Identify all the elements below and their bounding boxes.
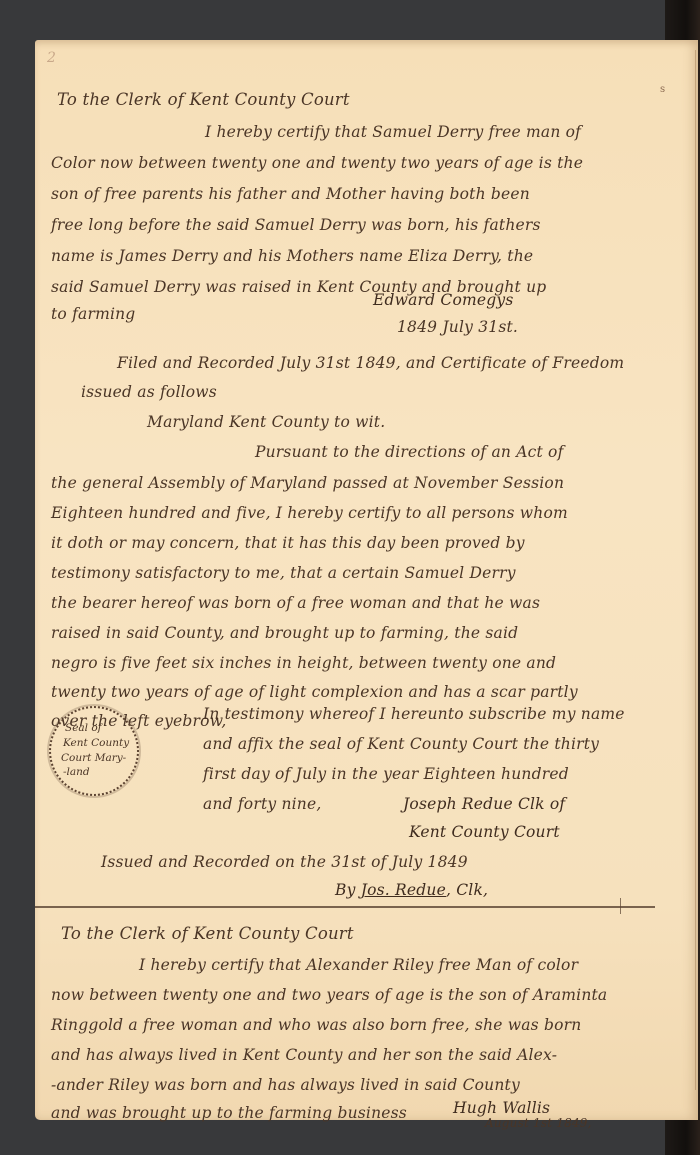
record-2-body-line: and was brought up to the farming busine… <box>51 1103 407 1123</box>
seal-text: -land <box>63 766 90 778</box>
certificate-line: negro is five feet six inches in height,… <box>51 653 556 673</box>
clerk-signature: Joseph Redue Clk of <box>403 794 565 814</box>
divider-tick <box>620 898 621 914</box>
certificate-line: the general Assembly of Maryland passed … <box>51 473 564 493</box>
record-2-date: August 1st 1849, <box>485 1113 592 1133</box>
certificate-line: testimony satisfactory to me, that a cer… <box>51 563 516 583</box>
record-1-date: 1849 July 31st. <box>397 317 518 337</box>
testimony-line: In testimony whereof I hereunto subscrib… <box>203 704 625 724</box>
ledger-page: 2 s To the Clerk of Kent County Court I … <box>35 40 698 1120</box>
record-1-body-line: name is James Derry and his Mothers name… <box>51 246 533 266</box>
filed-note-line: Filed and Recorded July 31st 1849, and C… <box>117 353 624 373</box>
clerk-title: Kent County Court <box>409 822 560 842</box>
testimony-line: first day of July in the year Eighteen h… <box>203 764 569 784</box>
issued-note: Issued and Recorded on the 31st of July … <box>101 852 468 872</box>
issued-by-prefix: By <box>335 881 356 899</box>
record-divider <box>35 906 655 908</box>
issued-by-suffix: , Clk, <box>446 881 488 899</box>
certificate-line: raised in said County, and brought up to… <box>51 623 518 643</box>
certificate-line: the bearer hereof was born of a free wom… <box>51 593 540 613</box>
seal-text: Kent County <box>63 737 129 749</box>
record-1-body-line: son of free parents his father and Mothe… <box>51 184 530 204</box>
record-1-body-line: free long before the said Samuel Derry w… <box>51 215 541 235</box>
record-2-body-line: I hereby certify that Alexander Riley fr… <box>139 955 578 975</box>
certificate-line: twenty two years of age of light complex… <box>51 682 578 702</box>
record-1-body-line: to farming <box>51 304 135 324</box>
issued-by: By Jos. Redue, Clk, <box>335 880 488 900</box>
record-1-signature: Edward Comegys <box>373 290 514 310</box>
certificate-line: Eighteen hundred and five, I hereby cert… <box>51 503 568 523</box>
seal-text: Court Mary- <box>61 752 126 764</box>
testimony-line: and forty nine, <box>203 794 322 814</box>
record-2-body-line: -ander Riley was born and has always liv… <box>51 1075 520 1095</box>
corner-mark: s <box>660 84 665 95</box>
issued-by-name: Jos. Redue <box>361 881 446 899</box>
certificate-line: Pursuant to the directions of an Act of <box>255 442 564 462</box>
page-number: 2 <box>47 50 56 66</box>
certificate-locale: Maryland Kent County to wit. <box>147 412 385 432</box>
seal-text: Seal of <box>65 722 102 734</box>
testimony-line: and affix the seal of Kent County Court … <box>203 734 599 754</box>
record-1-body-line: Color now between twenty one and twenty … <box>51 153 583 173</box>
record-2-body-line: Ringgold a free woman and who was also b… <box>51 1015 581 1035</box>
record-2-body-line: now between twenty one and two years of … <box>51 985 607 1005</box>
record-2-body-line: and has always lived in Kent County and … <box>51 1045 557 1065</box>
court-seal: Seal of Kent County Court Mary- -land <box>49 706 139 796</box>
certificate-line: it doth or may concern, that it has this… <box>51 533 525 553</box>
record-1-heading: To the Clerk of Kent County Court <box>57 90 350 110</box>
filed-note-line: issued as follows <box>81 382 217 402</box>
record-2-heading: To the Clerk of Kent County Court <box>61 924 354 944</box>
record-1-body-line: I hereby certify that Samuel Derry free … <box>205 122 581 142</box>
